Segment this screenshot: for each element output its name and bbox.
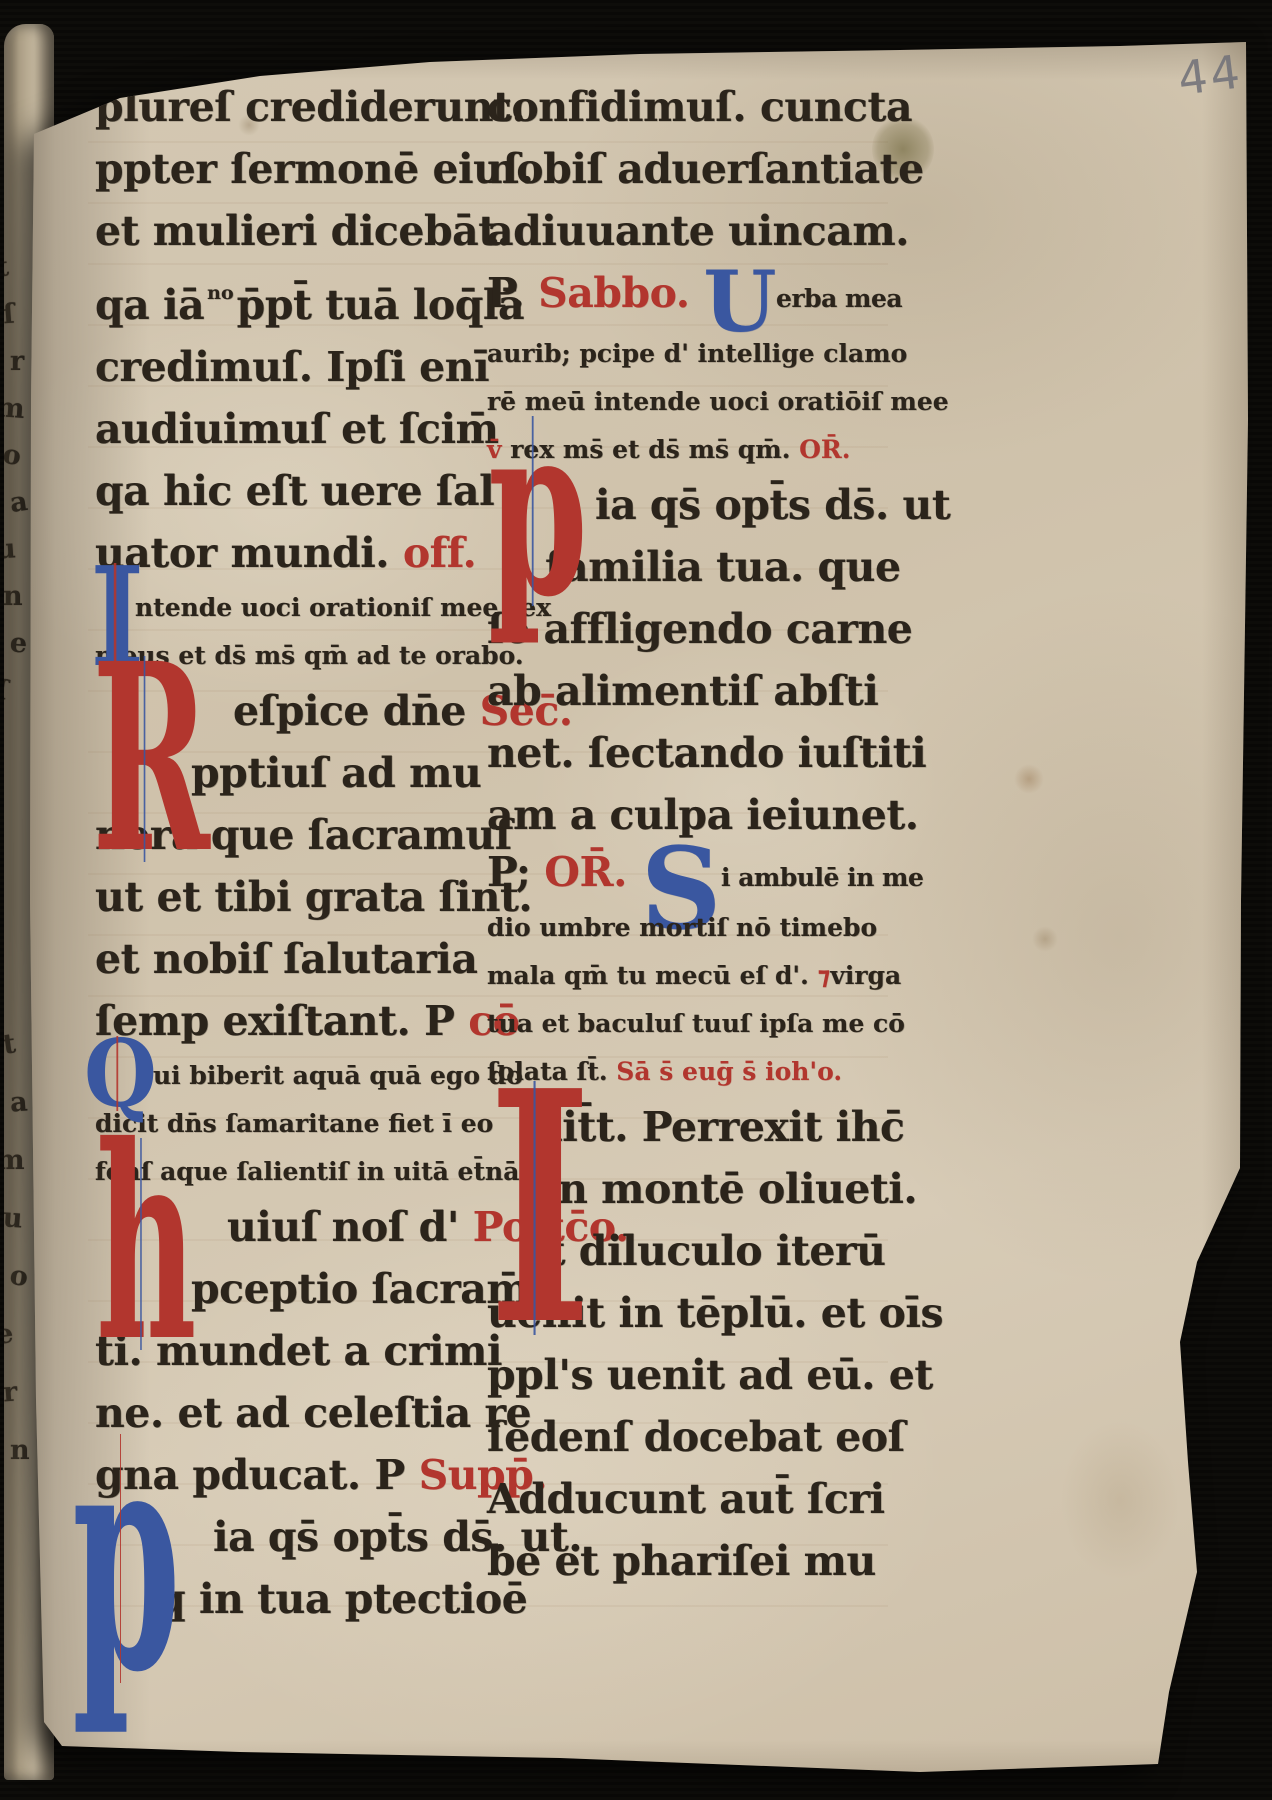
text-line: P; OR̄. Si ambulē in me — [487, 846, 887, 904]
initial-letter: h — [96, 1111, 197, 1377]
text-segment: uiuſ noſ d' — [227, 1203, 473, 1251]
text-segment: OR̄. — [799, 435, 850, 464]
text-line: ſedenſ docebat eoſ — [487, 1406, 887, 1468]
text-line: ia qs̄ opt̄s ds̄. ut — [595, 474, 887, 536]
text-line: plureſ crediderunt. — [95, 76, 487, 138]
text-line: ppter ſermonē eiuſ. — [95, 138, 487, 200]
text-segment: Adducunt aut̄ ſcri — [487, 1475, 885, 1523]
text-segment: qa hic eſt uere ſal — [95, 467, 494, 515]
text-line: familia tua. que — [545, 536, 887, 598]
text-segment: credimuſ. Ipſi enī — [95, 343, 489, 391]
text-segment: pceptio ſacram̄ — [191, 1265, 529, 1313]
text-segment: mala qm̄ tu mecū eſ d'. — [487, 961, 817, 990]
text-line: et nobiſ ſalutaria — [95, 928, 487, 990]
text-line: ab alimentiſ abſti — [487, 660, 887, 722]
text-segment: q in tua ptectioē — [157, 1575, 527, 1623]
initial-letter: R — [92, 630, 210, 888]
text-segment: i ambulē in me — [721, 863, 923, 892]
text-segment: ⁊ — [817, 961, 830, 990]
text-line: uator mundi. off. — [95, 522, 487, 584]
text-line: qa hic eſt uere ſal — [95, 460, 487, 522]
text-segment: ui biberit aquā quā ego do — [153, 1061, 523, 1090]
initial-letter: I — [488, 1049, 592, 1367]
text-line: mala qm̄ tu mecū eſ d'. ⁊virga — [487, 952, 887, 1000]
text-segment: OR̄. — [544, 848, 640, 896]
text-segment: qa iā — [95, 281, 204, 329]
text-segment: confidimuſ. cuncta — [487, 83, 912, 131]
text-segment: ſedenſ docebat eoſ — [487, 1413, 905, 1461]
folio-number: 44 — [1175, 44, 1246, 105]
text-line: credimuſ. Ipſi enī — [95, 336, 487, 398]
text-line: dio umbre mortiſ nō timebo — [487, 904, 887, 952]
text-line: confidimuſ. cuncta — [487, 76, 887, 138]
text-segment: familia tua. que — [545, 543, 901, 591]
text-segment: et nobiſ ſalutaria — [95, 935, 477, 983]
text-segment: nobiſ aduerſantiate — [487, 145, 924, 193]
text-segment: virga — [830, 961, 901, 990]
stain — [1032, 926, 1058, 952]
text-line: uiuſ noſ d' Poſtc̄o. — [227, 1196, 487, 1258]
text-line: adiuuante uincam. — [487, 200, 887, 262]
parchment-page: 44 plureſ crediderunt.ppter ſermonē eiuſ… — [0, 0, 1272, 1800]
text-line: pptiuſ ad mu — [191, 742, 487, 804]
text-segment: pptiuſ ad mu — [191, 749, 481, 797]
text-line: et mulieri dicebāt. — [95, 200, 487, 262]
text-line: ia qs̄ opt̄s ds̄. ut. — [213, 1506, 487, 1568]
page-wrapper: 44 plureſ crediderunt.ppter ſermonē eiuſ… — [0, 0, 1272, 1800]
text-line: qa iānop̄pt̄ tuā loq̄lā — [95, 262, 487, 336]
text-line: nobiſ aduerſantiate — [487, 138, 887, 200]
text-line: Adducunt aut̄ ſcri — [487, 1468, 887, 1530]
text-segment: Sā s̄ euḡ s̄ ioh'o. — [616, 1057, 842, 1086]
text-line: audiuimuſ et ſcim̄ — [95, 398, 487, 460]
text-segment: erba mea — [776, 284, 902, 313]
text-segment: dio umbre mortiſ nō timebo — [487, 913, 877, 942]
text-segment: ab alimentiſ abſti — [487, 667, 878, 715]
text-segment: P. — [487, 269, 538, 317]
text-segment: et mulieri dicebāt. — [95, 207, 510, 255]
text-segment: plureſ crediderunt. — [95, 83, 525, 131]
text-line: be et phariſei mu — [487, 1530, 887, 1592]
text-segment: ia qs̄ opt̄s ds̄. ut — [595, 481, 950, 529]
text-segment: aurib; pcipe d' intellige clamo — [487, 339, 907, 368]
text-segment: Sabbo. — [538, 269, 703, 317]
text-segment: in montē oliueti. — [543, 1165, 917, 1213]
text-segment: eſpice dn̄e — [233, 687, 480, 735]
text-segment: audiuimuſ et ſcim̄ — [95, 405, 498, 453]
text-segment: adiuuante uincam. — [487, 207, 909, 255]
text-line: q in tua ptectioē — [157, 1568, 487, 1630]
text-segment: no — [207, 282, 234, 304]
text-segment: P; — [487, 848, 544, 896]
initial-letter: p — [488, 392, 588, 630]
text-line: pceptio ſacram̄ — [191, 1258, 487, 1320]
text-segment: off. — [403, 529, 476, 577]
initial-letter: p — [72, 1403, 181, 1714]
manuscript-photo: { "folio": "44", "palette": { "ink": "#2… — [0, 0, 1272, 1800]
stain — [1060, 1420, 1180, 1580]
text-segment: ppter ſermonē eiuſ. — [95, 145, 533, 193]
stain — [1014, 764, 1044, 794]
text-line: ui biberit aquā quā ego do — [153, 1052, 487, 1100]
text-line: eſpice dn̄e Sec̄. — [233, 680, 487, 742]
text-segment: p̄pt̄ tuā loq̄lā — [237, 281, 524, 329]
text-line: P. Sabbo. Uerba mea — [487, 262, 887, 330]
text-line: net. ſectando iuſtiti — [487, 722, 887, 784]
text-line: in montē oliueti. — [543, 1158, 887, 1220]
text-segment: net. ſectando iuſtiti — [487, 729, 926, 777]
text-segment: be et phariſei mu — [487, 1537, 876, 1585]
